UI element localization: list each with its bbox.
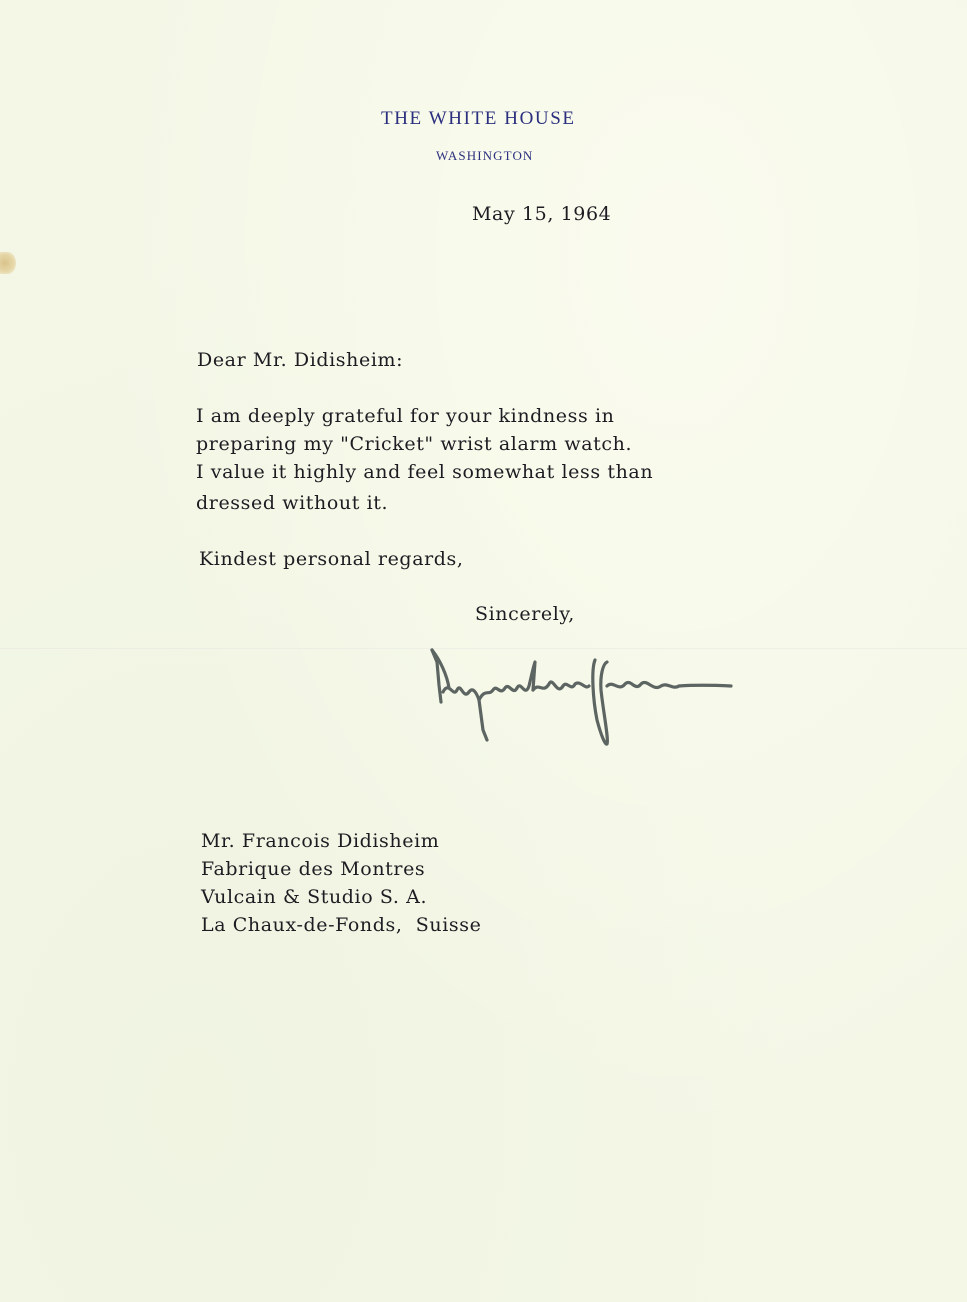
letter-page: THE WHITE HOUSE WASHINGTON May 15, 1964 … (0, 0, 967, 1302)
body-line: dressed without it. (196, 492, 388, 514)
signature-icon (425, 640, 745, 755)
body-line: preparing my "Cricket" wrist alarm watch… (196, 433, 632, 455)
letterhead-title: THE WHITE HOUSE (381, 108, 576, 130)
body-line: I value it highly and feel somewhat less… (196, 461, 653, 483)
recipient-address-line: Vulcain & Studio S. A. (201, 886, 427, 908)
paper-stain (0, 252, 16, 274)
letter-date: May 15, 1964 (472, 203, 611, 225)
recipient-address-line: Fabrique des Montres (201, 858, 425, 880)
recipient-address-line: La Chaux-de-Fonds, Suisse (201, 914, 481, 936)
salutation: Dear Mr. Didisheim: (197, 349, 403, 371)
body-line: I am deeply grateful for your kindness i… (196, 405, 614, 427)
recipient-address-line: Mr. Francois Didisheim (201, 830, 439, 852)
closing: Kindest personal regards, (199, 548, 464, 570)
valediction: Sincerely, (475, 603, 575, 625)
letterhead-city: WASHINGTON (436, 148, 533, 164)
